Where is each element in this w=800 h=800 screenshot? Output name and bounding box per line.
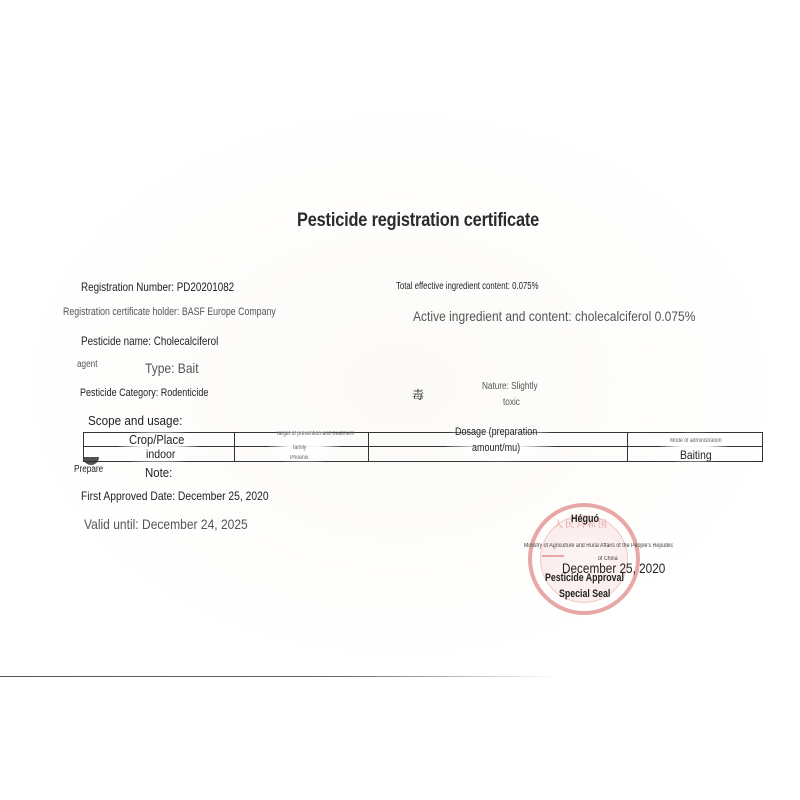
nature-line-1: Nature: Slightly xyxy=(482,381,550,392)
pesticide-category: Pesticide Category: Rodenticide xyxy=(80,387,237,399)
header-crop-place: Crop/Place xyxy=(129,432,193,447)
page-title: Pesticide registration certificate xyxy=(297,210,578,232)
seal-ministry-line-1: Ministry of Agriculture and Rural Affair… xyxy=(524,543,693,549)
header-mode: Mode of administration xyxy=(670,438,731,444)
bottom-rule xyxy=(0,676,560,677)
header-dosage-line-1: Dosage (preparation xyxy=(455,426,555,438)
note-label: Note: xyxy=(145,465,176,480)
certificate-holder: Registration certificate holder: BASF Eu… xyxy=(63,306,329,318)
agent-label: agent xyxy=(77,359,102,370)
valid-until-date: Valid until: December 24, 2025 xyxy=(84,516,274,532)
seal-line-2: Special Seal xyxy=(559,588,623,600)
cell-crop-place: indoor xyxy=(146,447,179,461)
header-target-sub: family xyxy=(293,445,309,451)
registration-number: Registration Number: PD20201082 xyxy=(81,280,268,294)
header-target: Target of prevention and treatment xyxy=(276,431,368,437)
cell-mode: Baiting xyxy=(680,448,717,462)
toxicity-symbol: 毒 xyxy=(412,386,424,403)
scope-usage-label: Scope and usage: xyxy=(88,413,193,428)
pesticide-type: Type: Bait xyxy=(145,360,207,376)
cell-target: Phoenix xyxy=(290,455,312,461)
pesticide-name: Pesticide name: Cholecalciferol xyxy=(81,334,248,348)
seal-line-1: Pesticide Approval xyxy=(545,572,644,584)
first-approved-date: First Approved Date: December 25, 2020 xyxy=(81,489,299,503)
document-background xyxy=(0,90,800,680)
active-ingredient-content: Active ingredient and content: cholecalc… xyxy=(413,308,741,324)
total-ingredient-content: Total effective ingredient content: 0.07… xyxy=(396,281,579,292)
header-dosage-line-2: amount/mu) xyxy=(472,442,531,454)
seal-heading: Héguó xyxy=(571,513,605,525)
prepare-label: Prepare xyxy=(74,464,110,475)
nature-line-2: toxic xyxy=(503,397,524,408)
